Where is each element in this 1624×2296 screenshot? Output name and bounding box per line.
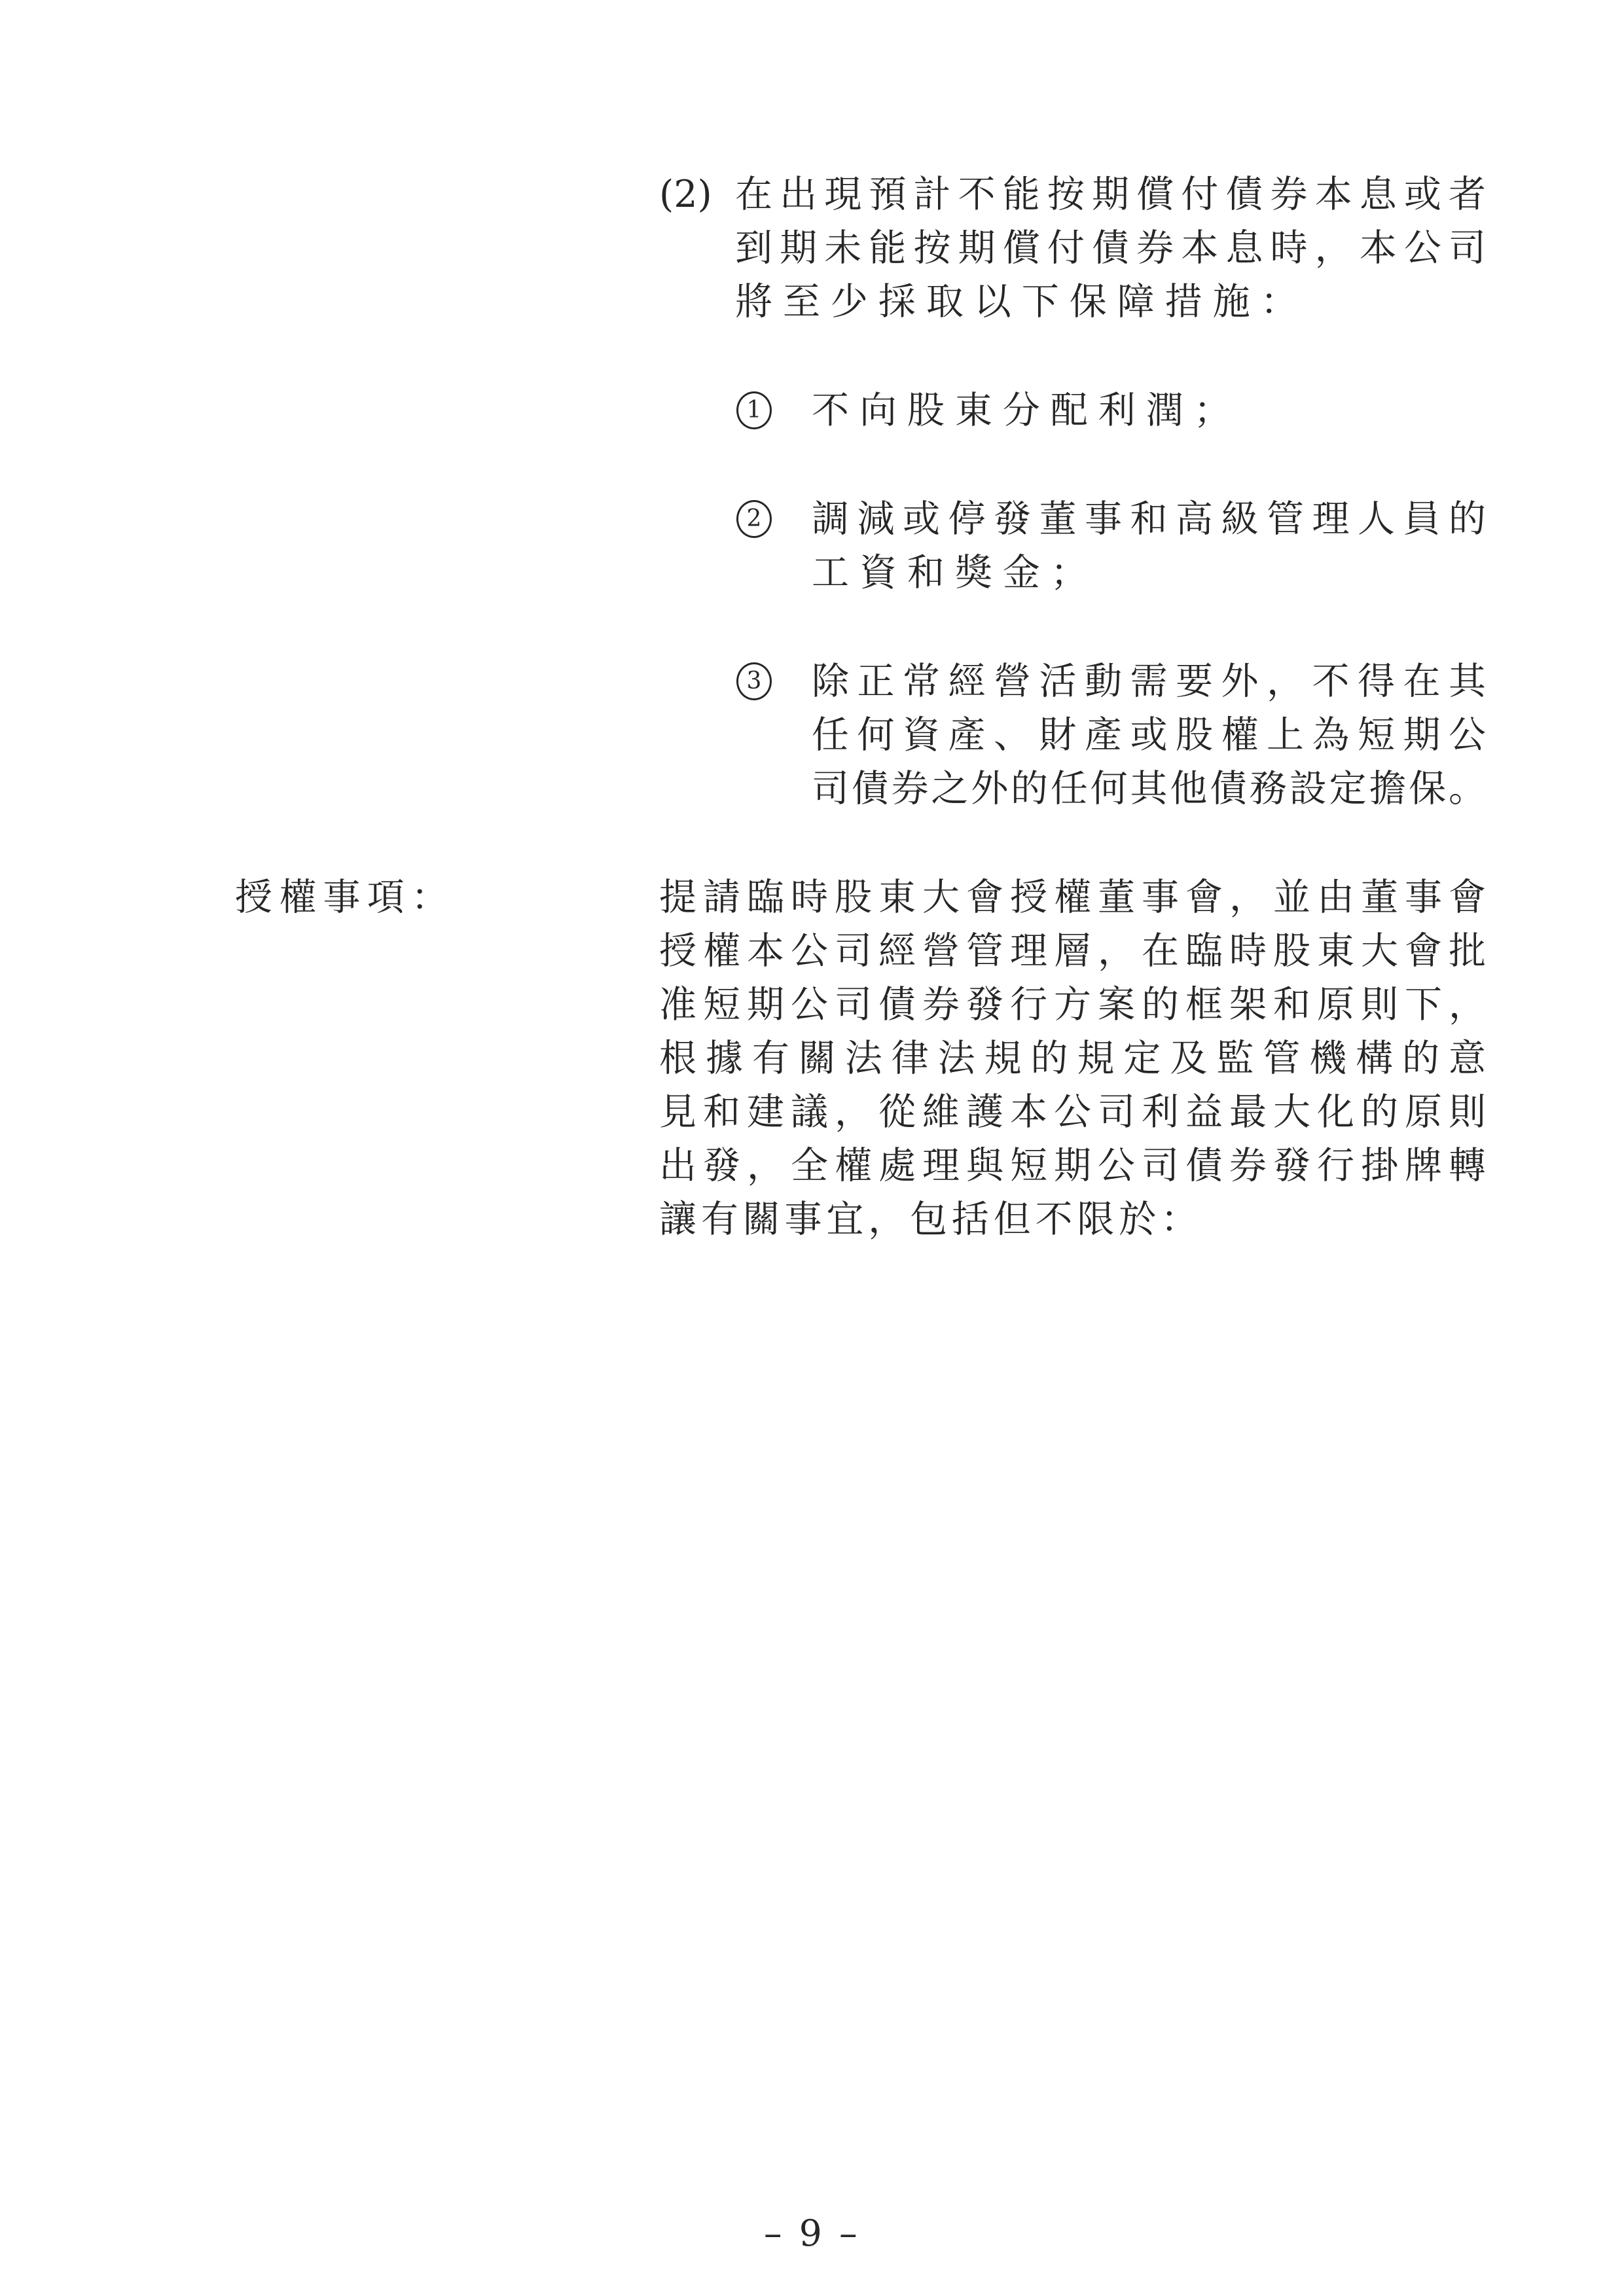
authorization-row: 授權事項： 提請臨時股東大會授權董事會，並由董事會 授權本公司經營管理層，在臨時… xyxy=(235,870,1486,1246)
subitem-2-line: 調減或停發董事和高級管理人員的 xyxy=(812,492,1486,546)
subitem-1-line: 不向股東分配利潤； xyxy=(812,384,1486,437)
subitem-3-line: 司債券之外的任何其他債務設定擔保。 xyxy=(812,762,1486,816)
page-number: – 9 – xyxy=(0,2215,1624,2251)
subitem-2: 2 調減或停發董事和高級管理人員的 工資和獎金； xyxy=(659,492,1486,600)
circled-digit-3-marker: 3 xyxy=(736,662,772,700)
clause-2-marker: (2) xyxy=(659,168,712,221)
subitem-2-line: 工資和獎金； xyxy=(812,546,1486,600)
subitem-1: 1 不向股東分配利潤； xyxy=(659,384,1486,437)
authorization-content: 提請臨時股東大會授權董事會，並由董事會 授權本公司經營管理層，在臨時股東大會批 … xyxy=(659,870,1486,1246)
clause-2-line: 將至少採取以下保障措施： xyxy=(735,275,1486,329)
clause-2-content: (2) 在出現預計不能按期償付債券本息或者 到期未能按期償付債券本息時，本公司 … xyxy=(659,168,1486,816)
document-body: (2) 在出現預計不能按期償付債券本息或者 到期未能按期償付債券本息時，本公司 … xyxy=(235,168,1486,1246)
circled-digit-2-marker: 2 xyxy=(736,500,772,538)
authorization-line: 根據有關法律法規的規定及監管機構的意 xyxy=(659,1031,1486,1085)
clause-2: (2) 在出現預計不能按期償付債券本息或者 到期未能按期償付債券本息時，本公司 … xyxy=(659,168,1486,329)
clause-2-line: 到期未能按期償付債券本息時，本公司 xyxy=(735,221,1486,275)
subitem-3: 3 除正常經營活動需要外，不得在其 任何資產、財產或股權上為短期公 司債券之外的… xyxy=(659,655,1486,816)
clause-2-row: (2) 在出現預計不能按期償付債券本息或者 到期未能按期償付債券本息時，本公司 … xyxy=(235,168,1486,816)
clause-2-line: 在出現預計不能按期償付債券本息或者 xyxy=(735,168,1486,221)
authorization-line: 見和建議，從維護本公司利益最大化的原則 xyxy=(659,1085,1486,1139)
authorization-line: 授權本公司經營管理層，在臨時股東大會批 xyxy=(659,924,1486,978)
authorization-line: 讓有關事宜，包括但不限於： xyxy=(659,1193,1486,1246)
authorization-label-gutter: 授權事項： xyxy=(235,870,659,924)
authorization-label: 授權事項： xyxy=(235,870,659,924)
circled-digit-1-marker: 1 xyxy=(736,391,772,429)
authorization-line: 准短期公司債券發行方案的框架和原則下， xyxy=(659,978,1486,1031)
subitem-3-line: 除正常經營活動需要外，不得在其 xyxy=(812,655,1486,708)
document-page: (2) 在出現預計不能按期償付債券本息或者 到期未能按期償付債券本息時，本公司 … xyxy=(0,0,1624,2296)
authorization-line: 提請臨時股東大會授權董事會，並由董事會 xyxy=(659,870,1486,924)
authorization-line: 出發，全權處理與短期公司債券發行掛牌轉 xyxy=(659,1139,1486,1193)
subitem-3-line: 任何資產、財產或股權上為短期公 xyxy=(812,708,1486,762)
